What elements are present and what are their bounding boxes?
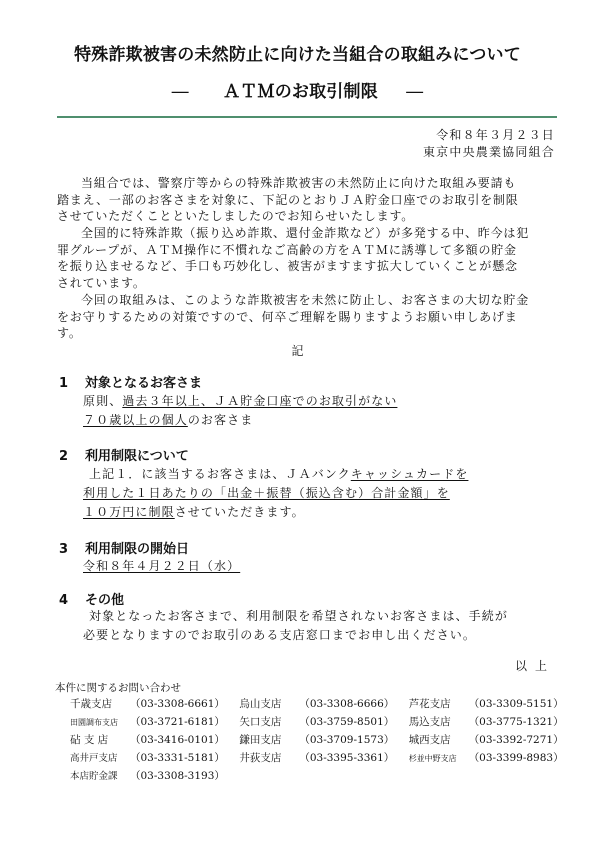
intro-paragraph-1: 当組合では、警察庁等からの特殊詐欺被害の未然防止に向けた取組み要請も 踏まえ、一…	[57, 175, 557, 225]
closing-ijo: 以上	[515, 657, 555, 674]
section-3-body: 令和８年４月２２日（水）	[83, 557, 240, 576]
section-1-heading: 1対象となるお客さま	[59, 372, 202, 391]
branch-row: 田園調布支店（03-3721-6181） 矢口支店（03-3759-8501） …	[70, 714, 575, 729]
branch-entry: 千歳支店（03-3308-6661）	[70, 696, 236, 711]
branch-entry: 烏山支店（03-3308-6666）	[239, 696, 405, 711]
branch-row: 砧 支 店（03-3416-0101） 鎌田支店（03-3709-1573） 城…	[70, 732, 575, 747]
section-4-body: 対象となったお客さまで、利用制限を希望されないお客さまは、手続が 必要となります…	[83, 607, 508, 645]
ki-notation: 記	[0, 342, 595, 359]
document-subtitle: ― ＡＴＭのお取引制限 ―	[0, 77, 595, 102]
branch-entry: 杉並中野支店（03-3399-8983）	[409, 750, 575, 765]
branch-entry: 本店貯金課（03-3308-3193）	[70, 768, 236, 783]
section-3-heading: 3利用制限の開始日	[59, 538, 189, 557]
organization-name: 東京中央農業協同組合	[423, 143, 555, 160]
branch-entry: 芦花支店（03-3309-5151）	[409, 696, 575, 711]
subtitle-dash-right: ―	[406, 82, 423, 102]
branch-entry: 馬込支店（03-3775-1321）	[409, 714, 575, 729]
section-4-heading: 4その他	[59, 589, 124, 608]
branch-row: 千歳支店（03-3308-6661） 烏山支店（03-3308-6666） 芦花…	[70, 696, 575, 711]
branch-entry: 井荻支店（03-3395-3361）	[239, 750, 405, 765]
document-title: 特殊詐欺被害の未然防止に向けた当組合の取組みについて	[0, 40, 595, 65]
branch-entry: 高井戸支店（03-3331-5181）	[70, 750, 236, 765]
subtitle-dash-left: ―	[172, 82, 189, 102]
branch-row: 高井戸支店（03-3331-5181） 井荻支店（03-3395-3361） 杉…	[70, 750, 575, 765]
issue-date: 令和８年３月２３日	[436, 126, 555, 143]
branch-entry: 矢口支店（03-3759-8501）	[239, 714, 405, 729]
branch-row: 本店貯金課（03-3308-3193）	[70, 768, 236, 783]
contact-heading: 本件に関するお問い合わせ	[55, 680, 181, 695]
section-2-heading: 2利用制限について	[59, 445, 189, 464]
intro-paragraph-3: 今回の取組みは、このような詐欺被害を未然に防止し、お客さまの大切な貯金 をお守り…	[57, 292, 557, 342]
subtitle-text: ＡＴＭのお取引制限	[223, 82, 378, 102]
section-1-body: 原則、過去３年以上、ＪＡ貯金口座でのお取引がない ７０歳以上の個人のお客さま	[83, 392, 397, 430]
branch-entry: 田園調布支店（03-3721-6181）	[70, 714, 236, 729]
branch-entry: 砧 支 店（03-3416-0101）	[70, 732, 236, 747]
intro-paragraph-2: 全国的に特殊詐欺（振り込め詐欺、還付金詐欺など）が多発する中、昨今は犯 罪グルー…	[57, 225, 557, 291]
header-divider	[57, 116, 557, 118]
branch-entry: 城西支店（03-3392-7271）	[409, 732, 575, 747]
branch-entry: 鎌田支店（03-3709-1573）	[239, 732, 405, 747]
section-2-body: 上記１．に該当するお客さまは、ＪＡバンクキャッシュカードを 利用した１日あたりの…	[83, 465, 468, 522]
